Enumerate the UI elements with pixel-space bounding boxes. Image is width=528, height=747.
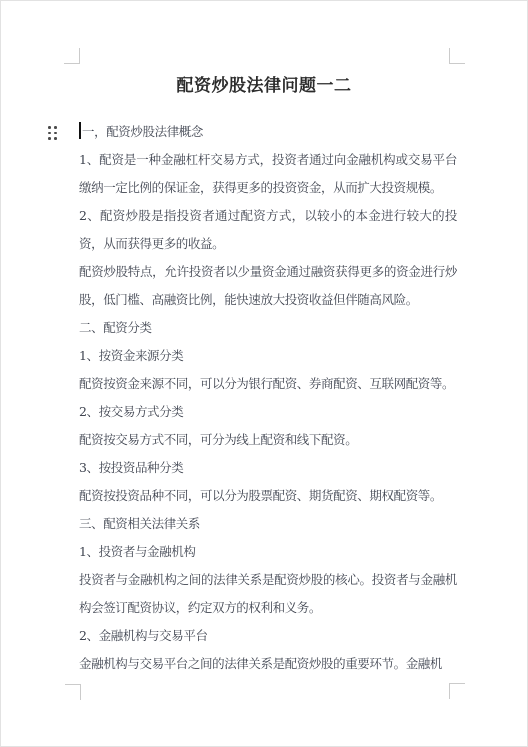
- paragraph-text: 三、配资相关法律关系: [79, 516, 200, 531]
- paragraph-text: 配资按资金来源不同，可以分为银行配资、券商配资、互联网配资等。: [79, 376, 454, 391]
- paragraph[interactable]: 3、按投资品种分类: [79, 454, 457, 482]
- paragraph[interactable]: 配资按资金来源不同，可以分为银行配资、券商配资、互联网配资等。: [79, 370, 457, 398]
- crop-mark-top-right: [449, 48, 465, 64]
- paragraph-text: 1、配资是一种金融杠杆交易方式，投资者通过向金融机构或交易平台缴纳一定比例的保证…: [79, 152, 457, 195]
- paragraph[interactable]: 投资者与金融机构之间的法律关系是配资炒股的核心。投资者与金融机构会签订配资协议，…: [79, 566, 457, 622]
- crop-mark-bottom-left: [65, 684, 81, 700]
- paragraph[interactable]: 2、配资炒股是指投资者通过配资方式，以较小的本金进行较大的投资，从而获得更多的收…: [79, 202, 457, 258]
- paragraph-text: 2、按交易方式分类: [79, 404, 183, 419]
- paragraph-text: 二、配资分类: [79, 320, 152, 335]
- paragraph-text: 一，配资炒股法律概念: [82, 124, 203, 139]
- document-page: 配资炒股法律问题一二 一，配资炒股法律概念1、配资是一种金融杠杆交易方式，投资者…: [0, 0, 528, 747]
- paragraph[interactable]: 配资按投资品种不同，可以分为股票配资、期货配资、期权配资等。: [79, 482, 457, 510]
- paragraph[interactable]: 配资按交易方式不同，可分为线上配资和线下配资。: [79, 426, 457, 454]
- paragraph[interactable]: 二、配资分类: [79, 314, 457, 342]
- paragraph-text: 3、按投资品种分类: [79, 460, 183, 475]
- paragraph[interactable]: 一，配资炒股法律概念: [79, 118, 457, 146]
- document-title[interactable]: 配资炒股法律问题一二: [1, 71, 527, 96]
- paragraph[interactable]: 1、投资者与金融机构: [79, 538, 457, 566]
- drag-handle-icon[interactable]: [48, 126, 57, 140]
- paragraph-text: 配资炒股特点，允许投资者以少量资金通过融资获得更多的资金进行炒股，低门槛、高融资…: [79, 264, 457, 307]
- paragraph-text: 金融机构与交易平台之间的法律关系是配资炒股的重要环节。金融机: [79, 656, 442, 671]
- paragraph[interactable]: 三、配资相关法律关系: [79, 510, 457, 538]
- crop-mark-top-left: [64, 48, 80, 64]
- paragraph-text: 2、配资炒股是指投资者通过配资方式，以较小的本金进行较大的投资，从而获得更多的收…: [79, 208, 457, 251]
- crop-mark-bottom-right: [449, 683, 465, 699]
- paragraph-text: 投资者与金融机构之间的法律关系是配资炒股的核心。投资者与金融机构会签订配资协议，…: [79, 572, 457, 615]
- paragraph[interactable]: 2、金融机构与交易平台: [79, 622, 457, 650]
- paragraph-text: 2、金融机构与交易平台: [79, 628, 208, 643]
- paragraph[interactable]: 1、按资金来源分类: [79, 342, 457, 370]
- paragraph-text: 配资按交易方式不同，可分为线上配资和线下配资。: [79, 432, 357, 447]
- document-body[interactable]: 一，配资炒股法律概念1、配资是一种金融杠杆交易方式，投资者通过向金融机构或交易平…: [79, 118, 457, 678]
- paragraph[interactable]: 2、按交易方式分类: [79, 398, 457, 426]
- paragraph[interactable]: 1、配资是一种金融杠杆交易方式，投资者通过向金融机构或交易平台缴纳一定比例的保证…: [79, 146, 457, 202]
- paragraph[interactable]: 配资炒股特点，允许投资者以少量资金通过融资获得更多的资金进行炒股，低门槛、高融资…: [79, 258, 457, 314]
- text-cursor: [79, 122, 81, 139]
- paragraph-text: 配资按投资品种不同，可以分为股票配资、期货配资、期权配资等。: [79, 488, 442, 503]
- paragraph-text: 1、投资者与金融机构: [79, 544, 195, 559]
- paragraph[interactable]: 金融机构与交易平台之间的法律关系是配资炒股的重要环节。金融机: [79, 650, 457, 678]
- paragraph-text: 1、按资金来源分类: [79, 348, 183, 363]
